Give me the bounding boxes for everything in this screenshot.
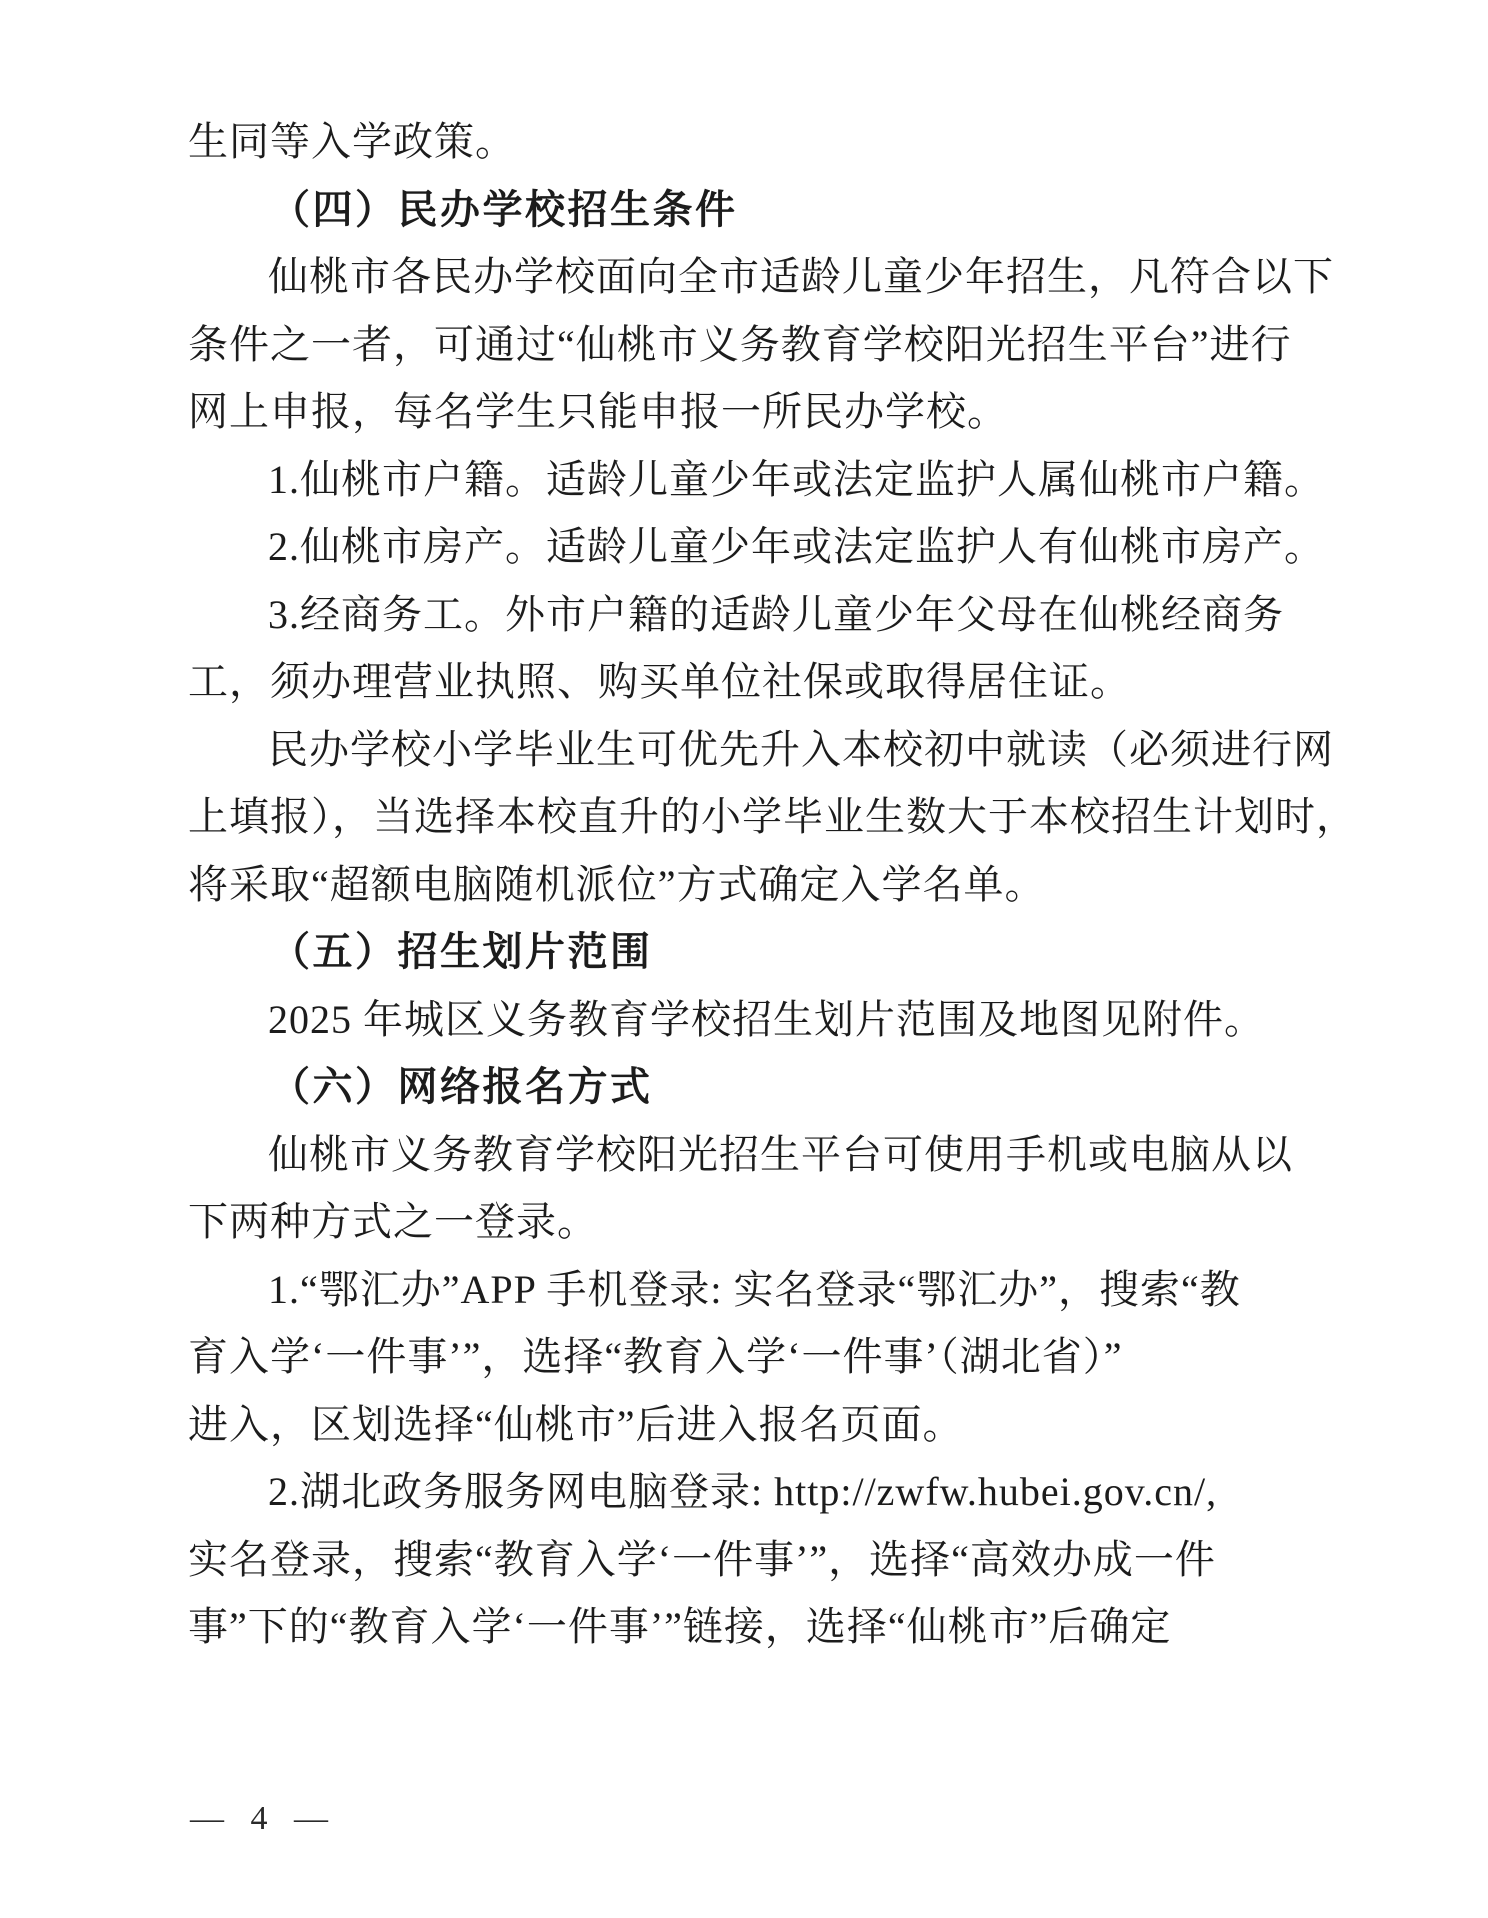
section-heading: （六）网络报名方式 (188, 1053, 1303, 1121)
section-heading: （四）民办学校招生条件 (188, 176, 1303, 244)
doc-line: 2025 年城区义务教育学校招生划片范围及地图见附件。 (188, 986, 1303, 1054)
doc-line: 育入学‘一件事’”，选择“教育入学‘一件事’（湖北省）” (188, 1323, 1303, 1391)
doc-line: 实名登录，搜索“教育入学‘一件事’”，选择“高效办成一件 (188, 1526, 1303, 1594)
doc-line: 条件之一者，可通过“仙桃市义务教育学校阳光招生平台”进行 (188, 311, 1303, 379)
doc-line: 上填报），当选择本校直升的小学毕业生数大于本校招生计划时， (188, 783, 1303, 851)
doc-line: 进入，区划选择“仙桃市”后进入报名页面。 (188, 1391, 1303, 1459)
doc-line: 生同等入学政策。 (188, 108, 1303, 176)
doc-line: 下两种方式之一登录。 (188, 1188, 1303, 1256)
doc-line: 事”下的“教育入学‘一件事’”链接，选择“仙桃市”后确定 (188, 1593, 1303, 1661)
document-page: 生同等入学政策。（四）民办学校招生条件仙桃市各民办学校面向全市适龄儿童少年招生，… (0, 0, 1488, 1918)
doc-line: 1.仙桃市户籍。适龄儿童少年或法定监护人属仙桃市户籍。 (188, 446, 1303, 514)
doc-line: 仙桃市义务教育学校阳光招生平台可使用手机或电脑从以 (188, 1121, 1303, 1189)
doc-line: 民办学校小学毕业生可优先升入本校初中就读（必须进行网 (188, 716, 1303, 784)
section-heading: （五）招生划片范围 (188, 918, 1303, 986)
page-footer: — 4 — (190, 1800, 330, 1838)
doc-line: 将采取“超额电脑随机派位”方式确定入学名单。 (188, 851, 1303, 919)
doc-line: 网上申报，每名学生只能申报一所民办学校。 (188, 378, 1303, 446)
doc-line: 仙桃市各民办学校面向全市适龄儿童少年招生，凡符合以下 (188, 243, 1303, 311)
doc-line: 2.湖北政务服务网电脑登录: http://zwfw.hubei.gov.cn/… (188, 1458, 1303, 1526)
doc-line: 2.仙桃市房产。适龄儿童少年或法定监护人有仙桃市房产。 (188, 513, 1303, 581)
doc-line: 3.经商务工。外市户籍的适龄儿童少年父母在仙桃经商务 (188, 581, 1303, 649)
doc-line: 1.“鄂汇办”APP 手机登录: 实名登录“鄂汇办”，搜索“教 (188, 1256, 1303, 1324)
document-content: 生同等入学政策。（四）民办学校招生条件仙桃市各民办学校面向全市适龄儿童少年招生，… (188, 108, 1303, 1661)
page-number: — 4 — (190, 1800, 330, 1837)
doc-line: 工，须办理营业执照、购买单位社保或取得居住证。 (188, 648, 1303, 716)
